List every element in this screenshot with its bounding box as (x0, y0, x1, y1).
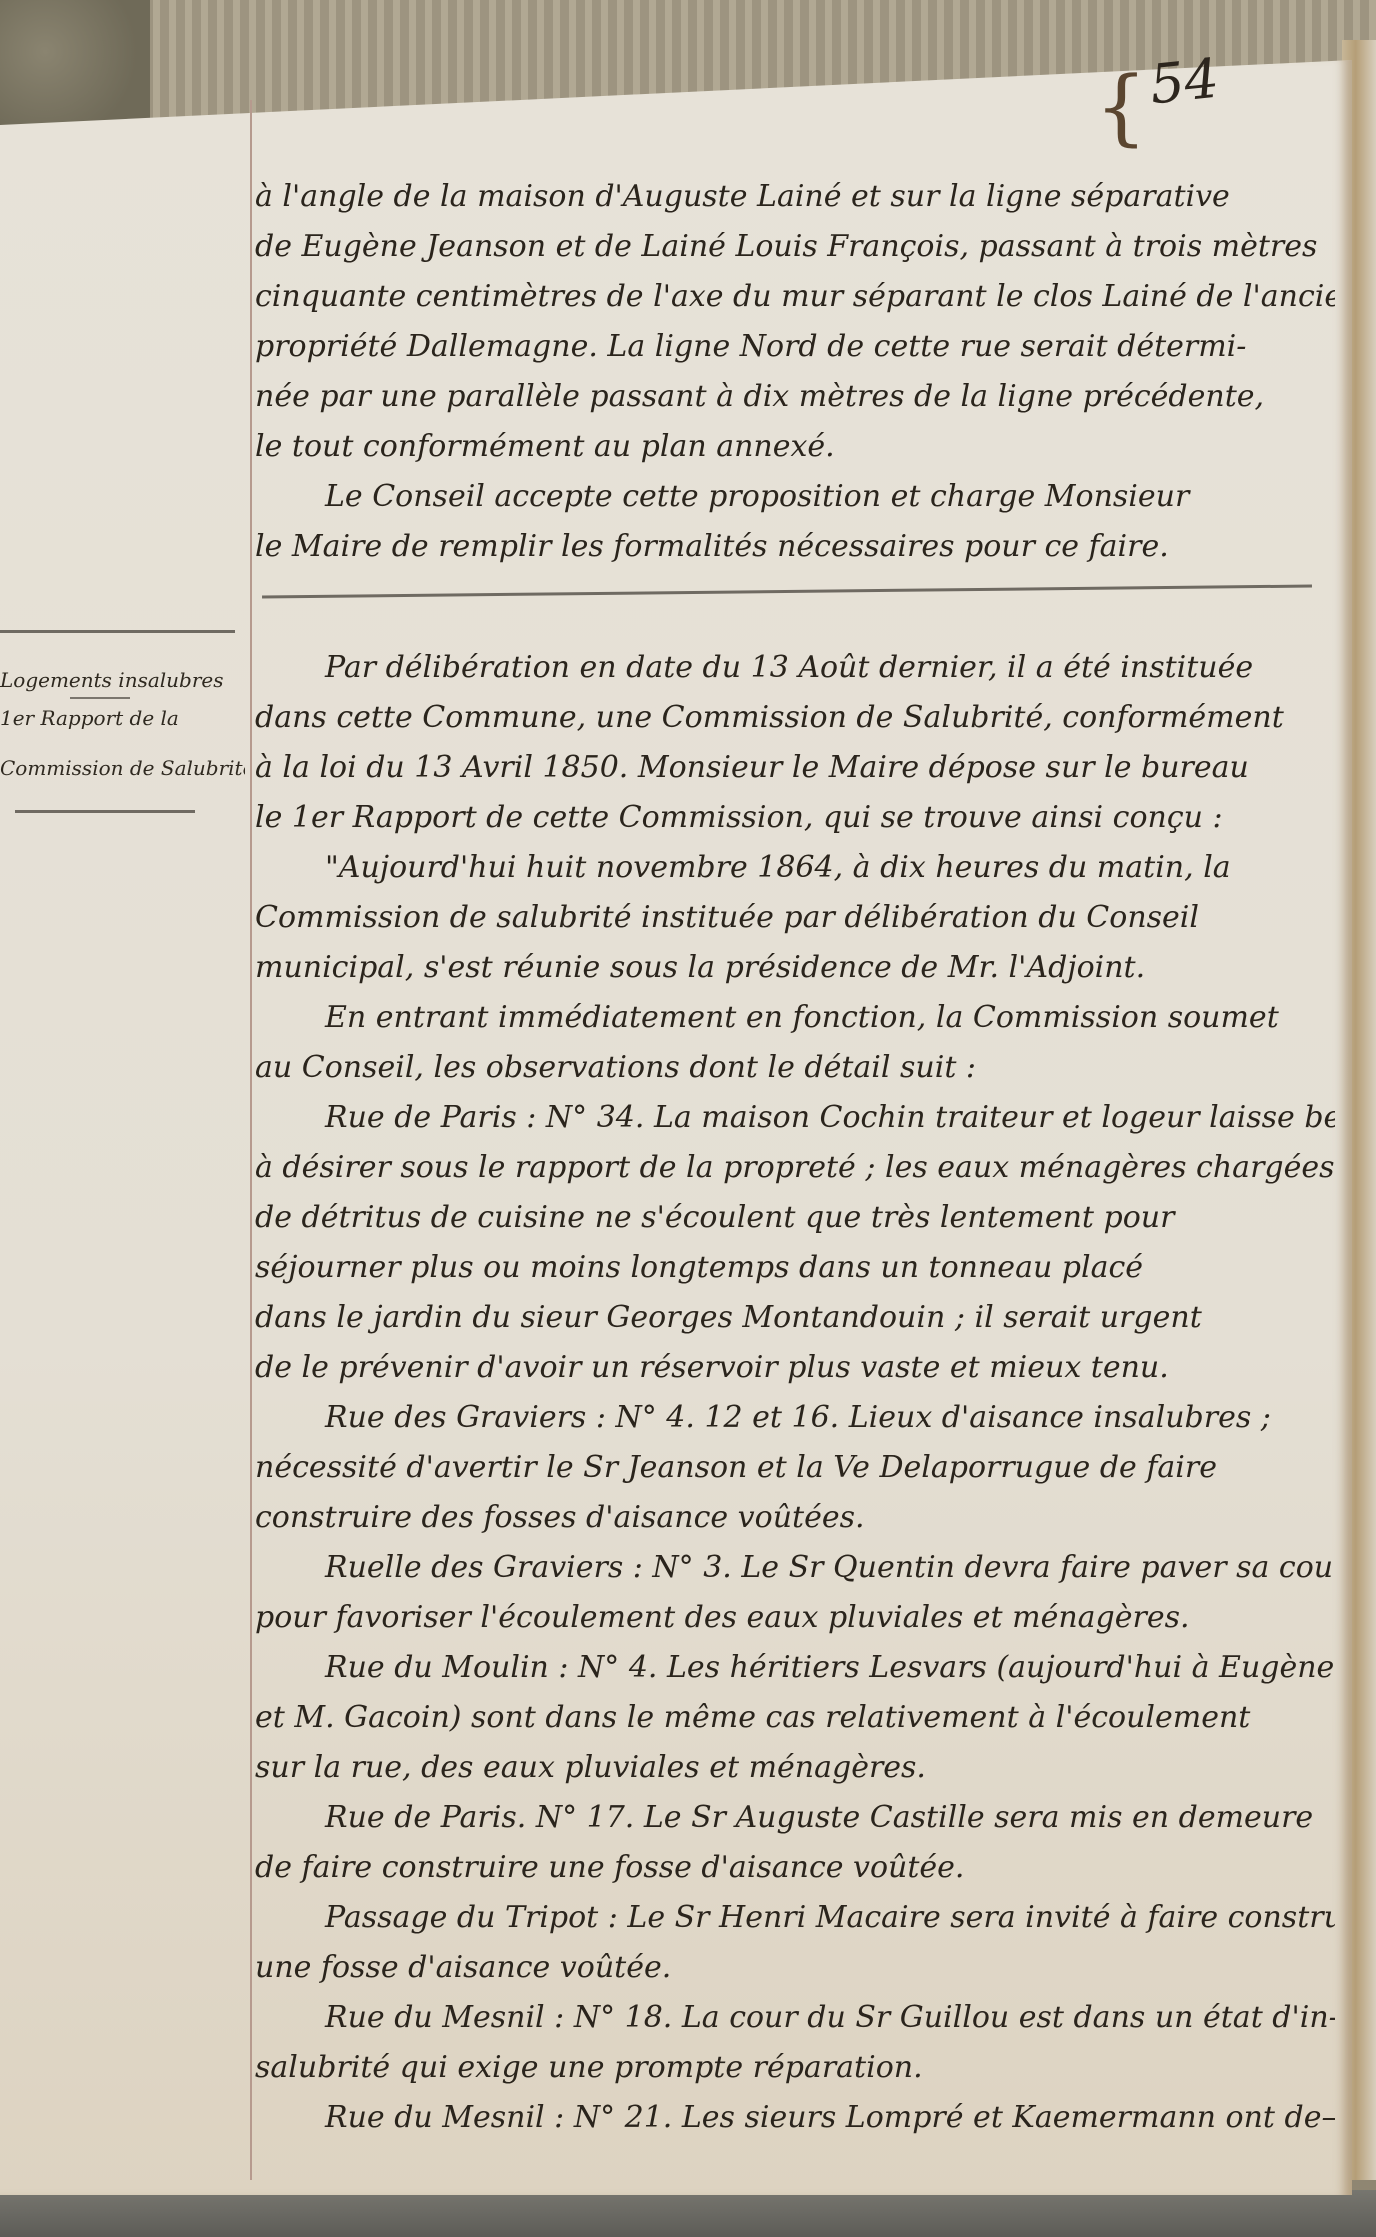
text-line: «Rue du Moulin : N° 4. Les héritiers Les… (255, 1643, 1335, 1693)
text-line: «municipal, s'est réunie sous la préside… (255, 943, 1335, 993)
text-line: à la loi du 13 Avril 1850. Monsieur le M… (255, 743, 1335, 793)
table-surface (0, 2190, 1376, 2237)
text-line-content: Rue des Graviers : N° 4. 12 et 16. Lieux… (255, 1400, 1271, 1435)
text-line-content: à désirer sous le rapport de la propreté… (255, 1150, 1335, 1185)
text-line: «séjourner plus ou moins longtemps dans … (255, 1243, 1335, 1293)
text-line-content: salubrité qui exige une prompte réparati… (255, 2050, 923, 2085)
text-line: «Rue du Mesnil : N° 18. La cour du Sr Gu… (255, 1993, 1335, 2043)
text-line: le tout conformément au plan annexé. (255, 422, 1335, 472)
text-line: «et M. Gacoin) sont dans le même cas rel… (255, 1693, 1335, 1743)
text-line-content: et M. Gacoin) sont dans le même cas rela… (255, 1700, 1250, 1735)
text-line-content: Rue de Paris : N° 34. La maison Cochin t… (255, 1100, 1335, 1135)
text-line-content: Rue du Moulin : N° 4. Les héritiers Lesv… (255, 1650, 1335, 1685)
text-line: «sur la rue, des eaux pluviales et ménag… (255, 1743, 1335, 1793)
text-line-content: une fosse d'aisance voûtée. (255, 1950, 671, 1985)
text-line: née par une parallèle passant à dix mètr… (255, 372, 1335, 422)
text-line-content: de le prévenir d'avoir un réservoir plus… (255, 1350, 1169, 1385)
text-line: cinquante centimètres de l'axe du mur sé… (255, 272, 1335, 322)
text-line-content: Rue de Paris. N° 17. Le Sr Auguste Casti… (255, 1800, 1313, 1835)
text-line-content: Commission de salubrité instituée par dé… (255, 900, 1199, 935)
text-line-content: de détritus de cuisine ne s'écoulent que… (255, 1200, 1174, 1235)
text-line-content: Ruelle des Graviers : N° 3. Le Sr Quenti… (255, 1550, 1335, 1585)
text-line: «nécessité d'avertir le Sr Jeanson et la… (255, 1443, 1335, 1493)
text-line: propriété Dallemagne. La ligne Nord de c… (255, 322, 1335, 372)
text-line: «Rue des Graviers : N° 4. 12 et 16. Lieu… (255, 1393, 1335, 1443)
text-line-content: le 1er Rapport de cette Commission, qui … (255, 800, 1223, 835)
text-line: «Rue du Mesnil : N° 21. Les sieurs Lompr… (255, 2093, 1335, 2143)
margin-divider (0, 630, 235, 633)
text-line: «de faire construire une fosse d'aisance… (255, 1843, 1335, 1893)
text-line-content: à la loi du 13 Avril 1850. Monsieur le M… (255, 750, 1249, 785)
margin-note-line: Commission de Salubrité. (0, 743, 245, 793)
text-line: Par délibération en date du 13 Août dern… (255, 643, 1335, 693)
text-line: «Passage du Tripot : Le Sr Henri Macaire… (255, 1893, 1335, 1943)
text-line: «pour favoriser l'écoulement des eaux pl… (255, 1593, 1335, 1643)
text-line-content: nécessité d'avertir le Sr Jeanson et la … (255, 1450, 1217, 1485)
text-line-content: Passage du Tripot : Le Sr Henri Macaire … (255, 1900, 1335, 1935)
text-line-content: pour favoriser l'écoulement des eaux plu… (255, 1600, 1190, 1635)
text-line-content: "Aujourd'hui huit novembre 1864, à dix h… (255, 850, 1231, 885)
text-line: "Aujourd'hui huit novembre 1864, à dix h… (255, 843, 1335, 893)
text-line-content: Par délibération en date du 13 Août dern… (255, 650, 1253, 685)
text-line: «construire des fosses d'aisance voûtées… (255, 1493, 1335, 1543)
text-line-content: de Eugène Jeanson et de Lainé Louis Fran… (255, 229, 1317, 264)
text-line-content: En entrant immédiatement en fonction, la… (255, 1000, 1279, 1035)
text-line: «à désirer sous le rapport de la propret… (255, 1143, 1335, 1193)
text-line: de Eugène Jeanson et de Lainé Louis Fran… (255, 222, 1335, 272)
text-line: «Ruelle des Graviers : N° 3. Le Sr Quent… (255, 1543, 1335, 1593)
text-line: «dans le jardin du sieur Georges Montand… (255, 1293, 1335, 1343)
page-number: 54 (1147, 47, 1222, 117)
brace-mark: { (1095, 60, 1147, 155)
text-line-content: municipal, s'est réunie sous la présiden… (255, 950, 1145, 985)
margin-note-underline (15, 810, 195, 813)
text-line: «de le prévenir d'avoir un réservoir plu… (255, 1343, 1335, 1393)
text-line: «une fosse d'aisance voûtée. (255, 1943, 1335, 1993)
text-line: le Maire de remplir les formalités néces… (255, 522, 1335, 572)
text-line: Le Conseil accepte cette proposition et … (255, 472, 1335, 522)
text-line-content: propriété Dallemagne. La ligne Nord de c… (255, 329, 1246, 364)
text-line: «Rue de Paris. N° 17. Le Sr Auguste Cast… (255, 1793, 1335, 1843)
text-line-content: dans cette Commune, une Commission de Sa… (255, 700, 1284, 735)
section-2-text: Par délibération en date du 13 Août dern… (255, 643, 1335, 2143)
text-line-content: sur la rue, des eaux pluviales et ménagè… (255, 1750, 926, 1785)
text-line: «En entrant immédiatement en fonction, l… (255, 993, 1335, 1043)
text-line-content: cinquante centimètres de l'axe du mur sé… (255, 279, 1335, 314)
text-line: dans cette Commune, une Commission de Sa… (255, 693, 1335, 743)
text-line-content: le tout conformément au plan annexé. (255, 429, 835, 464)
text-line-content: au Conseil, les observations dont le dét… (255, 1050, 976, 1085)
text-line: «au Conseil, les observations dont le dé… (255, 1043, 1335, 1093)
text-line: «de détritus de cuisine ne s'écoulent qu… (255, 1193, 1335, 1243)
text-line-content: séjourner plus ou moins longtemps dans u… (255, 1250, 1143, 1285)
text-line: le 1er Rapport de cette Commission, qui … (255, 793, 1335, 843)
text-line-content: de faire construire une fosse d'aisance … (255, 1850, 964, 1885)
text-line: à l'angle de la maison d'Auguste Lainé e… (255, 172, 1335, 222)
margin-rule (250, 100, 252, 2180)
text-line-content: dans le jardin du sieur Georges Montando… (255, 1300, 1202, 1335)
text-line-content: Rue du Mesnil : N° 18. La cour du Sr Gui… (255, 2000, 1335, 2035)
text-line: «salubrité qui exige une prompte réparat… (255, 2043, 1335, 2093)
text-line: «Rue de Paris : N° 34. La maison Cochin … (255, 1093, 1335, 1143)
margin-note: Logements insalubres 1er Rapport de la C… (0, 655, 245, 793)
text-line-content: à l'angle de la maison d'Auguste Lainé e… (255, 179, 1230, 214)
text-line-content: le Maire de remplir les formalités néces… (255, 529, 1169, 564)
knit-fabric (0, 0, 150, 130)
section-1-text: à l'angle de la maison d'Auguste Lainé e… (255, 172, 1335, 572)
text-line-content: née par une parallèle passant à dix mètr… (255, 379, 1264, 414)
text-line-content: Rue du Mesnil : N° 21. Les sieurs Lompré… (255, 2100, 1335, 2135)
text-line-content: construire des fosses d'aisance voûtées. (255, 1500, 865, 1535)
text-line-content: Le Conseil accepte cette proposition et … (255, 479, 1189, 514)
text-line: «Commission de salubrité instituée par d… (255, 893, 1335, 943)
